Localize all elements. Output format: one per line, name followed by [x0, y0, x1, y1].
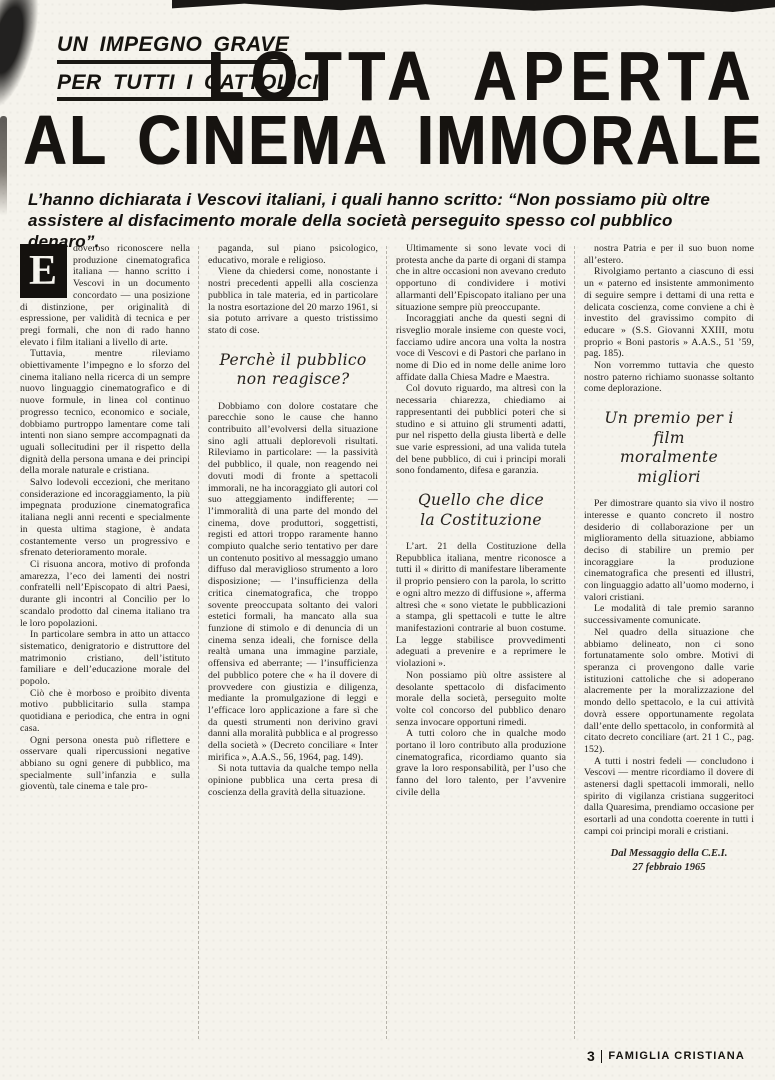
body-paragraph: Ogni persona onesta può riflettere e oss…	[20, 735, 190, 794]
body-paragraph: Si nota tuttavia da qualche tempo nella …	[208, 763, 378, 798]
scan-artifact-left-smudge	[0, 116, 7, 216]
lead-paragraph: Edoveroso riconoscere nella produzione c…	[20, 243, 190, 348]
magazine-name: FAMIGLIA CRISTIANA	[608, 1050, 745, 1062]
body-paragraph: nostra Patria e per il suo buon nome all…	[584, 243, 754, 266]
body-paragraph: paganda, sul piano psicologico, educativ…	[208, 243, 378, 266]
body-paragraph: Le modalità di tale premio saranno succe…	[584, 603, 754, 626]
body-paragraph: L’art. 21 della Costituzione della Repub…	[396, 541, 566, 670]
headline-line-2: AL CINEMA IMMORALE	[23, 106, 763, 176]
body-paragraph: A tutti i nostri fedeli — concludono i V…	[584, 756, 754, 838]
footer-divider	[601, 1050, 603, 1063]
scan-artifact-corner-blob	[0, 0, 50, 114]
dropcap-letter: E	[20, 245, 66, 297]
body-paragraph: Non vorremmo tuttavia che questo nostro …	[584, 360, 754, 395]
body-paragraph: Viene da chiedersi come, nonostante i no…	[208, 266, 378, 336]
body-paragraph: Incoraggiati anche da questi segni di ri…	[396, 313, 566, 383]
body-paragraph: Dobbiamo con dolore costatare che parecc…	[208, 401, 378, 764]
magazine-page: UN IMPEGNO GRAVE PER TUTTI I CATTOLICI L…	[0, 0, 775, 1080]
section-heading: Perchè il pubbliconon reagisce?	[210, 351, 376, 390]
article-column-1: Edoveroso riconoscere nella produzione c…	[20, 243, 190, 1043]
article-column-2: paganda, sul piano psicologico, educativ…	[208, 243, 378, 1043]
body-paragraph: Nel quadro della situazione che abbiamo …	[584, 627, 754, 756]
scan-artifact-top-band	[172, 0, 775, 12]
body-paragraph: Salvo lodevoli eccezioni, che meritano c…	[20, 477, 190, 559]
body-paragraph: Ciò che è morboso e proibito diventa mot…	[20, 688, 190, 735]
body-paragraph: Per dimostrare quanto sia vivo il nostro…	[584, 498, 754, 603]
article-signature: Dal Messaggio della C.E.I.27 febbraio 19…	[584, 847, 754, 875]
body-paragraph: A tutti coloro che in qualche modo porta…	[396, 728, 566, 798]
section-heading: Quello che dicela Costituzione	[398, 491, 564, 530]
article-columns: Edoveroso riconoscere nella produzione c…	[20, 243, 754, 1043]
body-paragraph: In particolare sembra in atto un attacco…	[20, 629, 190, 688]
section-heading: Un premio per i filmmoralmente migliori	[586, 409, 752, 487]
body-paragraph: Col dovuto riguardo, ma altresì con la n…	[396, 383, 566, 477]
article-column-4: nostra Patria e per il suo buon nome all…	[584, 243, 754, 1043]
body-paragraph: Ci risuona ancora, motivo di profonda am…	[20, 559, 190, 629]
page-number: 3	[587, 1048, 595, 1064]
article-column-3: Ultimamente si sono levate voci di prote…	[396, 243, 566, 1043]
body-paragraph: Rivolgiamo pertanto a ciascuno di essi u…	[584, 266, 754, 360]
body-paragraph: Non possiamo più oltre assistere al deso…	[396, 670, 566, 729]
body-paragraph: Tuttavia, mentre rileviamo obiettivament…	[20, 348, 190, 477]
body-paragraph: Ultimamente si sono levate voci di prote…	[396, 243, 566, 313]
page-footer: 3 FAMIGLIA CRISTIANA	[587, 1048, 745, 1064]
